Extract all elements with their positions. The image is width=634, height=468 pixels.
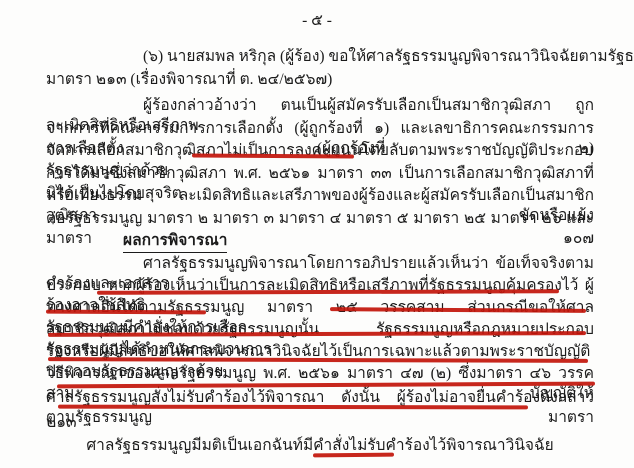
page-number: - ๕ - [0,11,634,31]
red-marker-underline [46,310,206,315]
red-marker-underline [313,453,394,458]
result-heading: ผลการพิจารณา [123,231,227,253]
document-page: - ๕ - (๖) นายสมพล หริกุล (ผู้ร้อง) ขอให้… [0,0,634,468]
red-marker-underline [58,405,528,410]
ruling-line-8: ๒๑๓ [46,413,594,433]
case-intro-line-2: มาตรา ๒๑๓ (เรื่องพิจารณาที่ ต. ๒๔/๒๕๖๗) [46,70,594,90]
case-intro-line-1: (๖) นายสมพล หริกุล (ผู้ร้อง) ขอให้ศาลรัฐ… [143,47,594,67]
